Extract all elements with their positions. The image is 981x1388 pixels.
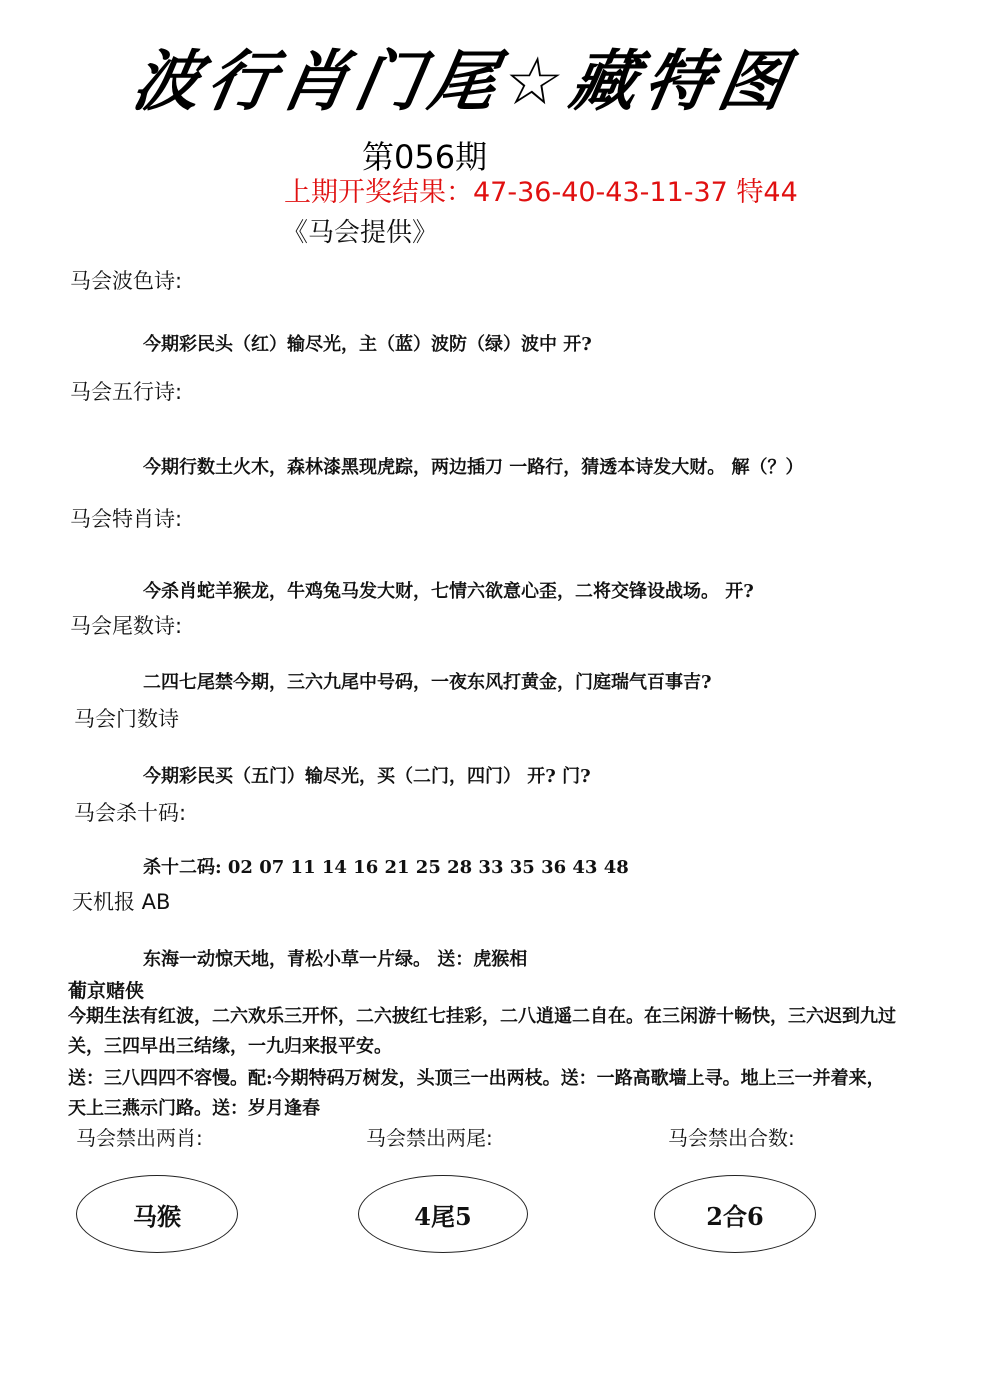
last-result: 上期开奖结果：47-36-40-43-11-37 特44 <box>284 170 798 209</box>
ban-label-sum: 马会禁出合数: <box>668 1122 795 1151</box>
section-heading-five-elements: 马会五行诗: <box>70 376 182 406</box>
ban-value-zodiac-text: 马猴 <box>133 1197 181 1232</box>
section-content-kill-ten: 杀十二码: 02 07 11 14 16 21 25 28 33 35 36 4… <box>143 853 629 879</box>
ban-value-sum-text: 2合6 <box>706 1197 763 1232</box>
ban-label-zodiac: 马会禁出两肖: <box>76 1122 203 1151</box>
section-heading-tail: 马会尾数诗: <box>70 610 182 640</box>
ban-value-tail-text: 4尾5 <box>414 1197 471 1232</box>
section-content-wave-color: 今期彩民头（红）输尽光，主（蓝）波防（绿）波中 开? <box>143 330 592 356</box>
ban-value-sum: 2合6 <box>654 1175 816 1253</box>
pujing-text-2: 送：三八四四不容慢。配:今期特码万树发，头顶三一出两枝。送：一路高歌墙上寻。地上… <box>68 1064 898 1124</box>
ban-value-tail: 4尾5 <box>358 1175 528 1253</box>
section-content-tail: 二四七尾禁今期，三六九尾中号码，一夜东风打黄金，门庭瑞气百事吉? <box>143 668 712 694</box>
pujing-heading: 葡京赌侠 <box>68 976 144 1003</box>
last-result-numbers: 47-36-40-43-11-37 特44 <box>473 177 798 208</box>
section-content-tianji: 东海一动惊天地，青松小草一片绿。 送：虎猴相 <box>143 945 527 971</box>
last-result-label: 上期开奖结果： <box>284 177 473 208</box>
page-title: 波行肖门尾☆藏特图 <box>127 28 803 123</box>
pujing-text-1: 今期生法有红波，二六欢乐三开怀，二六披红七挂彩，二八逍遥二自在。在三闲游十畅快，… <box>68 1002 898 1062</box>
section-heading-kill-ten: 马会杀十码: <box>74 797 186 827</box>
section-content-zodiac: 今杀肖蛇羊猴龙，牛鸡兔马发大财，七情六欲意心歪，二将交锋设战场。 开? <box>143 577 754 603</box>
section-content-gate: 今期彩民买（五门）输尽光，买（二门，四门） 开? 门? <box>143 762 591 788</box>
ban-value-zodiac: 马猴 <box>76 1175 238 1253</box>
section-heading-wave-color: 马会波色诗: <box>70 265 182 295</box>
ban-label-tail: 马会禁出两尾: <box>366 1122 493 1151</box>
section-heading-tianji: 天机报 AB <box>72 886 170 916</box>
section-heading-zodiac: 马会特肖诗: <box>70 503 182 533</box>
provider: 《马会提供》 <box>282 212 438 249</box>
section-content-five-elements: 今期行数土火木，森林漆黑现虎踪，两边插刀 一路行，猜透本诗发大财。 解（？） <box>143 453 804 479</box>
section-heading-gate: 马会门数诗 <box>74 703 179 733</box>
